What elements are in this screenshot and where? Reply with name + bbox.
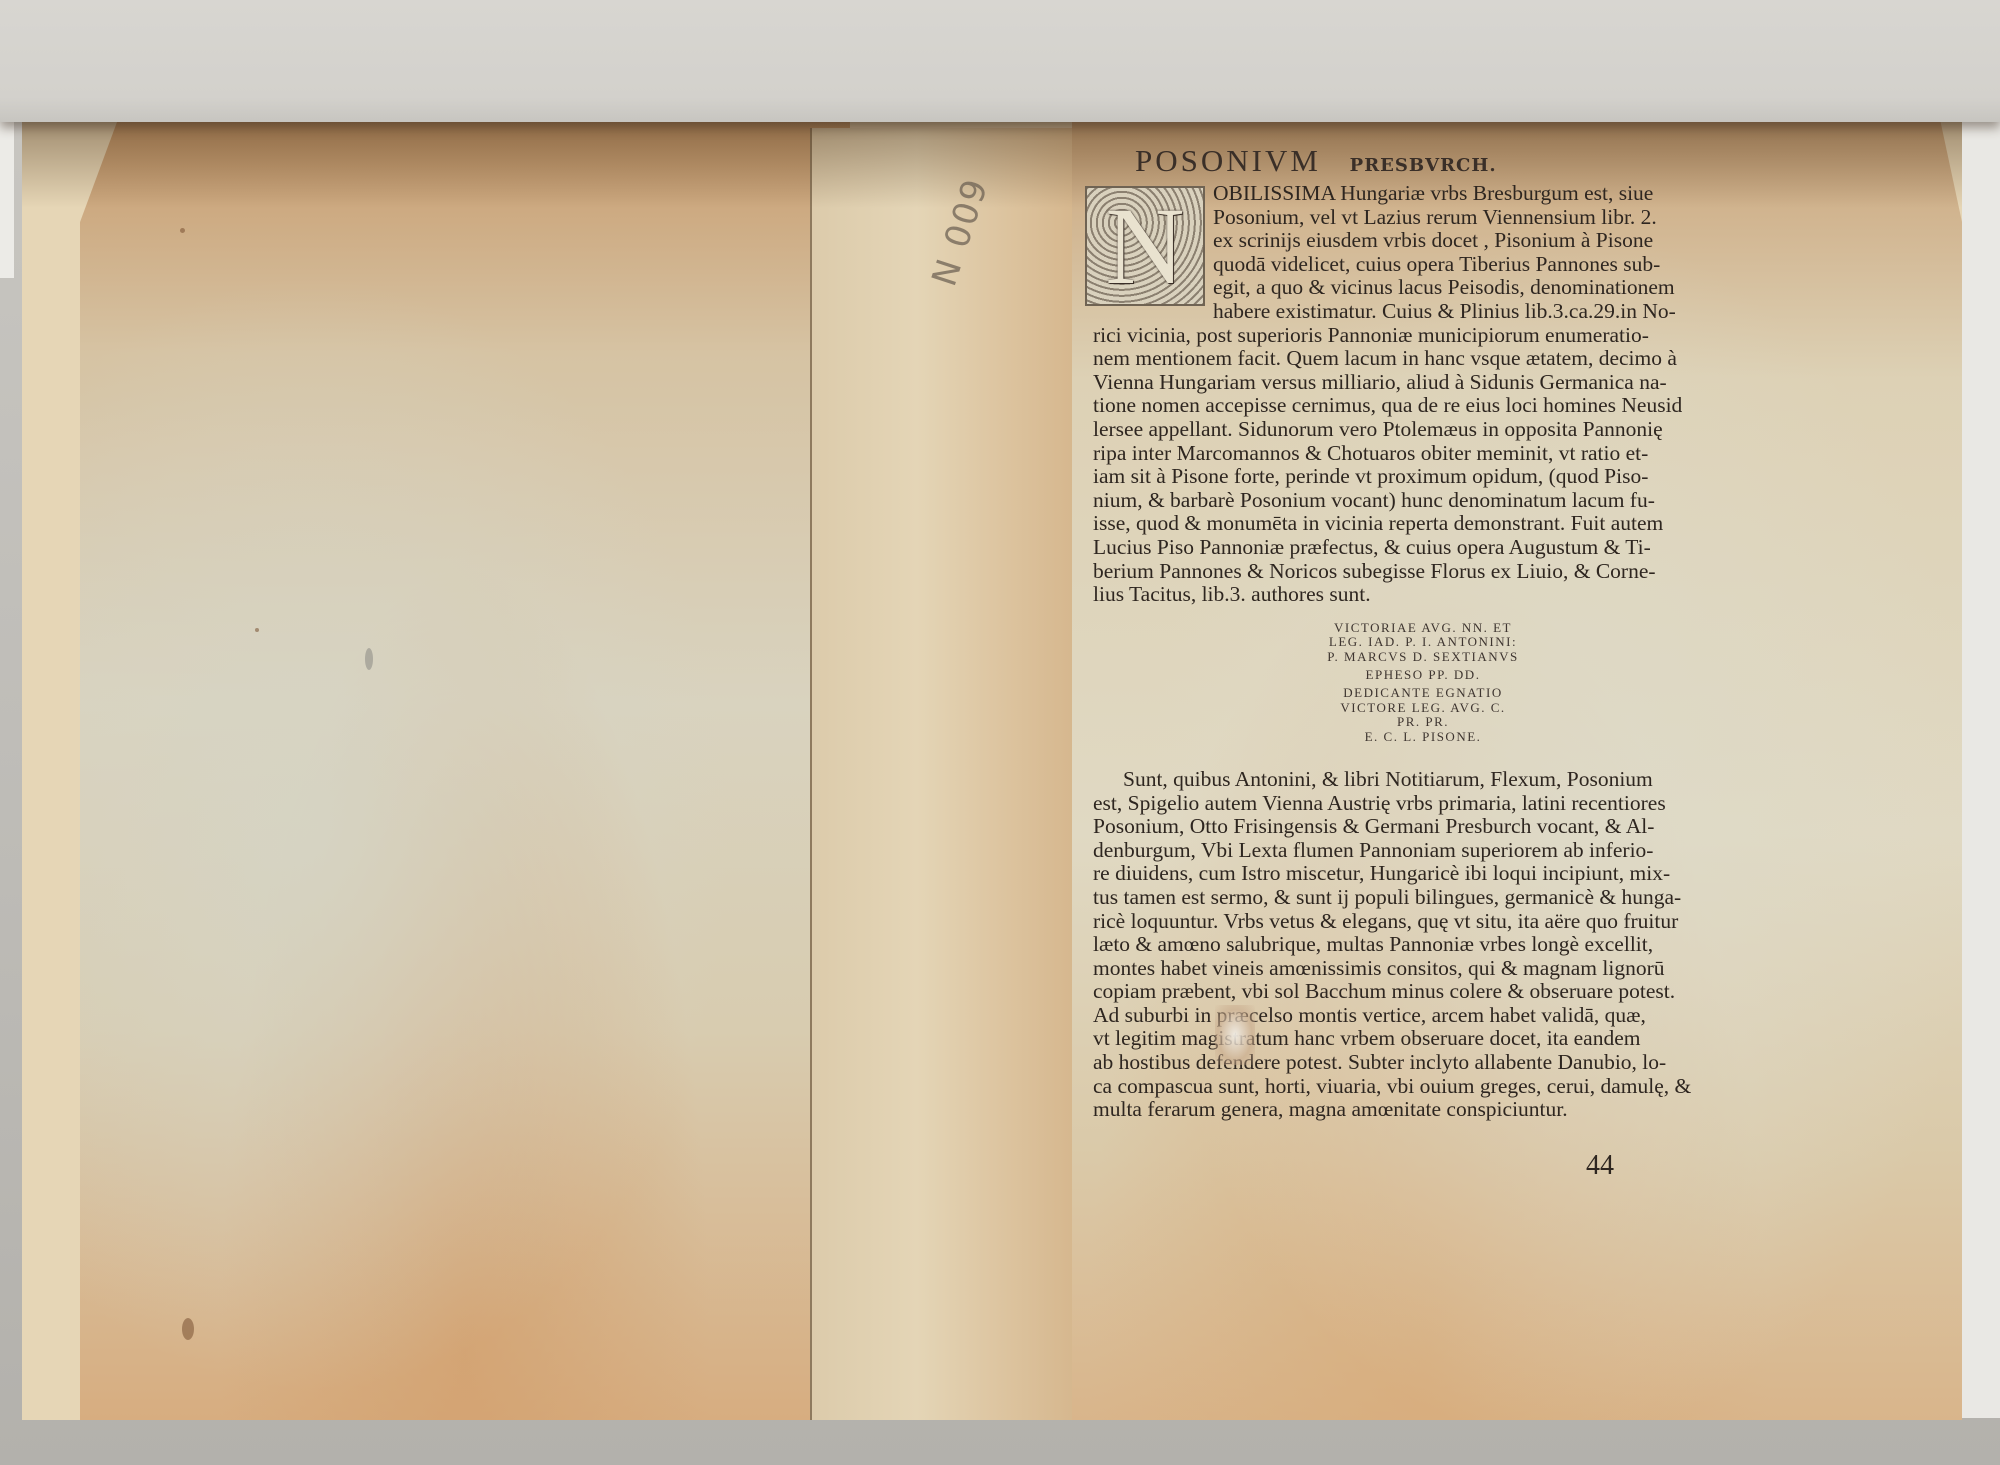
text-line: montes habet vineis amœnissimis consitos… (1093, 957, 1793, 981)
text-line: vt legitim magistratum hanc vrbem obseru… (1093, 1027, 1793, 1051)
inscription-line: VICTORE LEG. AVG. C. (1093, 701, 1753, 715)
text-line: Sunt, quibus Antonini, & libri Notitiaru… (1093, 768, 1793, 792)
text-line: Lucius Piso Pannoniæ præfectus, & cuius … (1093, 536, 1793, 560)
heading-title: POSONIVM (1135, 143, 1321, 178)
paper-damage-stain (1215, 1005, 1255, 1065)
heading-blackletter: PRESBVRCH. (1350, 155, 1497, 176)
text-line: ca compascua sunt, horti, viuaria, vbi o… (1093, 1075, 1793, 1099)
text-line: Vienna Hungariam versus milliario, aliud… (1093, 371, 1793, 395)
text-line: re diuidens, cum Istro miscetur, Hungari… (1093, 862, 1793, 886)
paragraph-2: Sunt, quibus Antonini, & libri Notitiaru… (1093, 768, 1793, 1122)
text-line: nem mentionem facit. Quem lacum in hanc … (1093, 347, 1793, 371)
text-line: rici vicinia, post superioris Pannoniæ m… (1093, 324, 1793, 348)
text-line: est, Spigelio autem Vienna Austrię vrbs … (1093, 792, 1793, 816)
text-line: iam sit à Pisone forte, perinde vt proxi… (1093, 465, 1793, 489)
text-line: nium, & barbarè Posonium vocant) hunc de… (1093, 489, 1793, 513)
foxing-spot (182, 1318, 194, 1340)
text-line: læto & amœno salubrique, multas Pannoniæ… (1093, 933, 1793, 957)
inscription-line: DEDICANTE EGNATIO (1093, 686, 1753, 700)
text-line: lius Tacitus, lib.3. authores sunt. (1093, 583, 1793, 607)
text-line: berium Pannones & Noricos subegisse Flor… (1093, 560, 1793, 584)
text-line: isse, quod & monumēta in vicinia reperta… (1093, 512, 1793, 536)
inscription-line: P. MARCVS D. SEXTIANVS (1093, 650, 1753, 664)
text-line: tione nomen accepisse cernimus, qua de r… (1093, 394, 1793, 418)
latin-text-block: POSONIVM PRESBVRCH. N OBILISSIMA Hungari… (1093, 145, 1793, 1122)
text-line: tus tamen est sermo, & sunt ij populi bi… (1093, 886, 1793, 910)
inscription-line: LEG. IAD. P. I. ANTONINI: (1093, 635, 1753, 649)
text-line: multa ferarum genera, magna amœnitate co… (1093, 1098, 1793, 1122)
text-line: Posonium, Otto Frisingensis & Germani Pr… (1093, 815, 1793, 839)
white-backing-right (1960, 118, 2000, 1418)
initial-letter: N (1087, 188, 1203, 304)
text-line: ab hostibus defendere potest. Subter inc… (1093, 1051, 1793, 1075)
inscription-line: E. C. L. PISONE. (1093, 730, 1753, 744)
page-heading: POSONIVM PRESBVRCH. (1135, 145, 1793, 182)
center-fold-strip (810, 128, 1074, 1420)
text-line: copiam præbent, vbi sol Bacchum minus co… (1093, 980, 1793, 1004)
text-line: lersee appellant. Sidunorum vero Ptolemæ… (1093, 418, 1793, 442)
roman-inscription: VICTORIAE AVG. NN. ET LEG. IAD. P. I. AN… (1093, 621, 1753, 744)
foxing-spot (180, 228, 185, 233)
left-page-blank (80, 118, 850, 1420)
text-line: Ad suburbi in præcelso montis vertice, a… (1093, 1004, 1793, 1028)
text-line: ricè loquuntur. Vrbs vetus & elegans, qu… (1093, 910, 1793, 934)
inscription-line: VICTORIAE AVG. NN. ET (1093, 621, 1753, 635)
foxing-spot (255, 628, 259, 632)
foxing-spot (365, 648, 373, 670)
inscription-line: EPHESO PP. DD. (1093, 668, 1753, 682)
white-backing-left (0, 118, 14, 278)
decorated-initial-icon: N (1085, 186, 1205, 306)
inscription-line: PR. PR. (1093, 715, 1753, 729)
page-number: 44 (1586, 1150, 1614, 1182)
text-line: ripa inter Marcomannos & Chotuaros obite… (1093, 442, 1793, 466)
overlapping-board (0, 0, 2000, 122)
text-line: denburgum, Vbi Lexta flumen Pannoniam su… (1093, 839, 1793, 863)
